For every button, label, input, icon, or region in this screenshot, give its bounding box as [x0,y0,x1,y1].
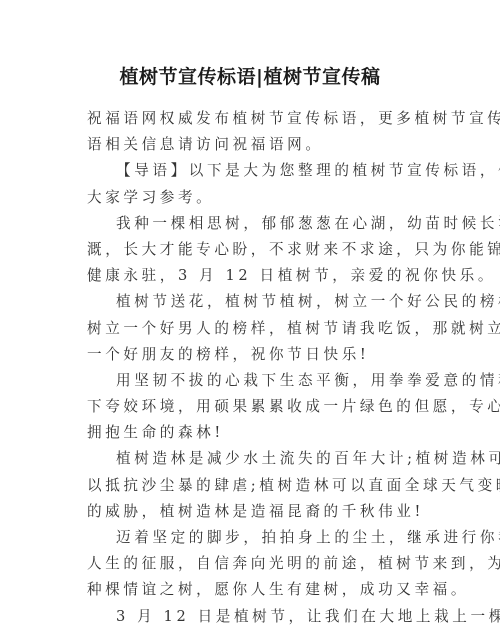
text-line: 人生的征服，自信奔向光明的前途，植树节来到，为你 [87,551,421,577]
text-line: 迈着坚定的脚步，拍拍身上的尘土，继承进行你我 [87,525,421,551]
text-line: 语相关信息请访问祝福语网。 [87,132,421,158]
text-line: 下夸姣环境，用硕果累累收成一片绿色的但愿，专心灵 [87,394,421,420]
text-line: 以抵抗沙尘暴的肆虐;植树造林可以直面全球天气变暖 [87,473,421,499]
document-body: 祝福语网权威发布植树节宣传标语，更多植树节宣传标 语相关信息请访问祝福语网。 【… [87,106,421,630]
paragraph-intro: 祝福语网权威发布植树节宣传标语，更多植树节宣传标 语相关信息请访问祝福语网。 [87,106,421,158]
text-line: 用坚韧不拔的心栽下生态平衡，用拳拳爱意的情种 [87,368,421,394]
text-line: 种棵情谊之树，愿你人生有建树，成功又幸福。 [87,577,421,603]
paragraph-lead: 【导语】以下是大为您整理的植树节宣传标语，供 大家学习参考。 [87,158,421,210]
paragraph-slogan-4: 植树造林是减少水土流失的百年大计;植树造林可 以抵抗沙尘暴的肆虐;植树造林可以直… [87,446,421,525]
text-line: 祝福语网权威发布植树节宣传标语，更多植树节宣传标 [87,106,421,132]
paragraph-slogan-1: 我种一棵相思树，郁郁葱葱在心湖，幼苗时候长灌 溉，长大才能专心盼，不求财来不求途… [87,211,421,290]
paragraph-slogan-6: 3 月 12 日是植树节，让我们在大地上栽上一棵棵树， [87,604,421,630]
text-line: 大家学习参考。 [87,185,421,211]
text-line: 植树造林是减少水土流失的百年大计;植树造林可 [87,446,421,472]
document-title: 植树节宣传标语|植树节宣传稿 [0,64,500,90]
text-line: 植树节送花，植树节植树，树立一个好公民的榜样， [87,289,421,315]
paragraph-slogan-5: 迈着坚定的脚步，拍拍身上的尘土，继承进行你我 人生的征服，自信奔向光明的前途，植… [87,525,421,604]
text-line: 我种一棵相思树，郁郁葱葱在心湖，幼苗时候长灌 [87,211,421,237]
text-line: 树立一个好男人的榜样，植树节请我吃饭，那就树立了 [87,316,421,342]
text-line: 一个好朋友的榜样，祝你节日快乐! [87,342,421,368]
paragraph-slogan-2: 植树节送花，植树节植树，树立一个好公民的榜样， 树立一个好男人的榜样，植树节请我… [87,289,421,368]
text-line: 【导语】以下是大为您整理的植树节宣传标语，供 [87,158,421,184]
text-line: 3 月 12 日是植树节，让我们在大地上栽上一棵棵树， [87,604,421,630]
text-line: 的威胁，植树造林是造福昆裔的千秋伟业! [87,499,421,525]
text-line: 健康永驻，3 月 12 日植树节，亲爱的祝你快乐。 [87,263,421,289]
paragraph-slogan-3: 用坚韧不拔的心栽下生态平衡，用拳拳爱意的情种 下夸姣环境，用硕果累累收成一片绿色… [87,368,421,447]
document-page: 植树节宣传标语|植树节宣传稿 祝福语网权威发布植树节宣传标语，更多植树节宣传标 … [0,0,500,637]
text-line: 拥抱生命的森林! [87,420,421,446]
text-line: 溉，长大才能专心盼，不求财来不求途，只为你能锦绣 [87,237,421,263]
